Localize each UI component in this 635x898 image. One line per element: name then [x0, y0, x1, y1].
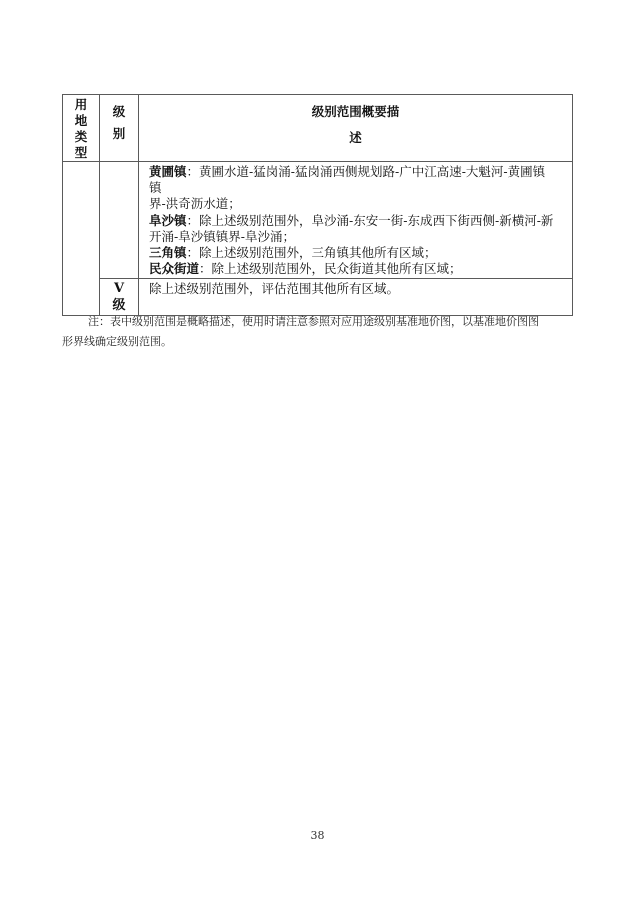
note-line-2: 形界线确定级别范围。 — [62, 332, 562, 352]
entry-text: 除上述级别范围外，阜沙涌-东安一街-东成西下街西侧-新横河-新 — [199, 213, 553, 228]
header-char: 级 — [100, 101, 138, 123]
entry-text: 除上述级别范围外，三角镇其他所有区域； — [199, 245, 437, 260]
entry-text: 镇 — [149, 180, 568, 196]
entry-text: 界-洪奇沥水道； — [149, 196, 568, 212]
entry-text: 黄圃水道-猛岗涌-猛岗涌西侧规划路-广中江高速-大魁河-黄圃镇 — [199, 164, 545, 179]
header-line: 级别范围概要描 — [139, 99, 572, 125]
table-row-level-v: V 级 除上述级别范围外，评估范围其他所有区域。 — [63, 279, 573, 316]
table-header-row: 用 地 类 型 级 别 级别范围概要描 述 — [63, 95, 573, 162]
header-level: 级 别 — [100, 95, 139, 162]
header-char: 用 — [63, 97, 99, 113]
range-description-cell-v: 除上述级别范围外，评估范围其他所有区域。 — [139, 279, 573, 316]
page-number: 38 — [0, 829, 635, 842]
level-label: V — [100, 280, 138, 297]
town-name: 民众街道 — [149, 261, 199, 276]
note-line-1: 注：表中级别范围是概略描述，使用时请注意参照对应用途级别基准地价图，以基准地价图… — [62, 312, 562, 332]
entry-huangpu: 黄圃镇：黄圃水道-猛岗涌-猛岗涌西侧规划路-广中江高速-大魁河-黄圃镇 — [149, 164, 568, 180]
land-level-range-table: 用 地 类 型 级 别 级别范围概要描 述 黄圃镇：黄圃水道-猛岗涌-猛岗涌西侧… — [62, 94, 573, 316]
entry-sanjiao: 三角镇：除上述级别范围外，三角镇其他所有区域； — [149, 245, 568, 261]
town-name: 黄圃镇 — [149, 164, 187, 179]
entry-text: 除上述级别范围外，民众街道其他所有区域； — [212, 261, 462, 276]
entry-minzhong: 民众街道：除上述级别范围外，民众街道其他所有区域； — [149, 261, 568, 277]
entry-text: 开涌-阜沙镇镇界-阜沙涌； — [149, 229, 568, 245]
table-row-level-iv: 黄圃镇：黄圃水道-猛岗涌-猛岗涌西侧规划路-广中江高速-大魁河-黄圃镇 镇 界-… — [63, 162, 573, 279]
level-cell-v: V 级 — [100, 279, 139, 316]
header-char: 地 — [63, 113, 99, 129]
document-page: 用 地 类 型 级 别 级别范围概要描 述 黄圃镇：黄圃水道-猛岗涌-猛岗涌西侧… — [0, 0, 635, 898]
header-char: 别 — [100, 123, 138, 145]
town-name: 阜沙镇 — [149, 213, 187, 228]
town-name: 三角镇 — [149, 245, 187, 260]
entry-fusha: 阜沙镇：除上述级别范围外，阜沙涌-东安一街-东成西下街西侧-新横河-新 — [149, 213, 568, 229]
header-line: 述 — [139, 125, 572, 151]
header-char: 型 — [63, 145, 99, 161]
header-land-use-type: 用 地 类 型 — [63, 95, 100, 162]
header-range-description: 级别范围概要描 述 — [139, 95, 573, 162]
range-description-cell: 黄圃镇：黄圃水道-猛岗涌-猛岗涌西侧规划路-广中江高速-大魁河-黄圃镇 镇 界-… — [139, 162, 573, 279]
land-use-type-cell — [63, 162, 100, 316]
level-cell — [100, 162, 139, 279]
table-note: 注：表中级别范围是概略描述，使用时请注意参照对应用途级别基准地价图，以基准地价图… — [62, 312, 562, 352]
header-char: 类 — [63, 129, 99, 145]
